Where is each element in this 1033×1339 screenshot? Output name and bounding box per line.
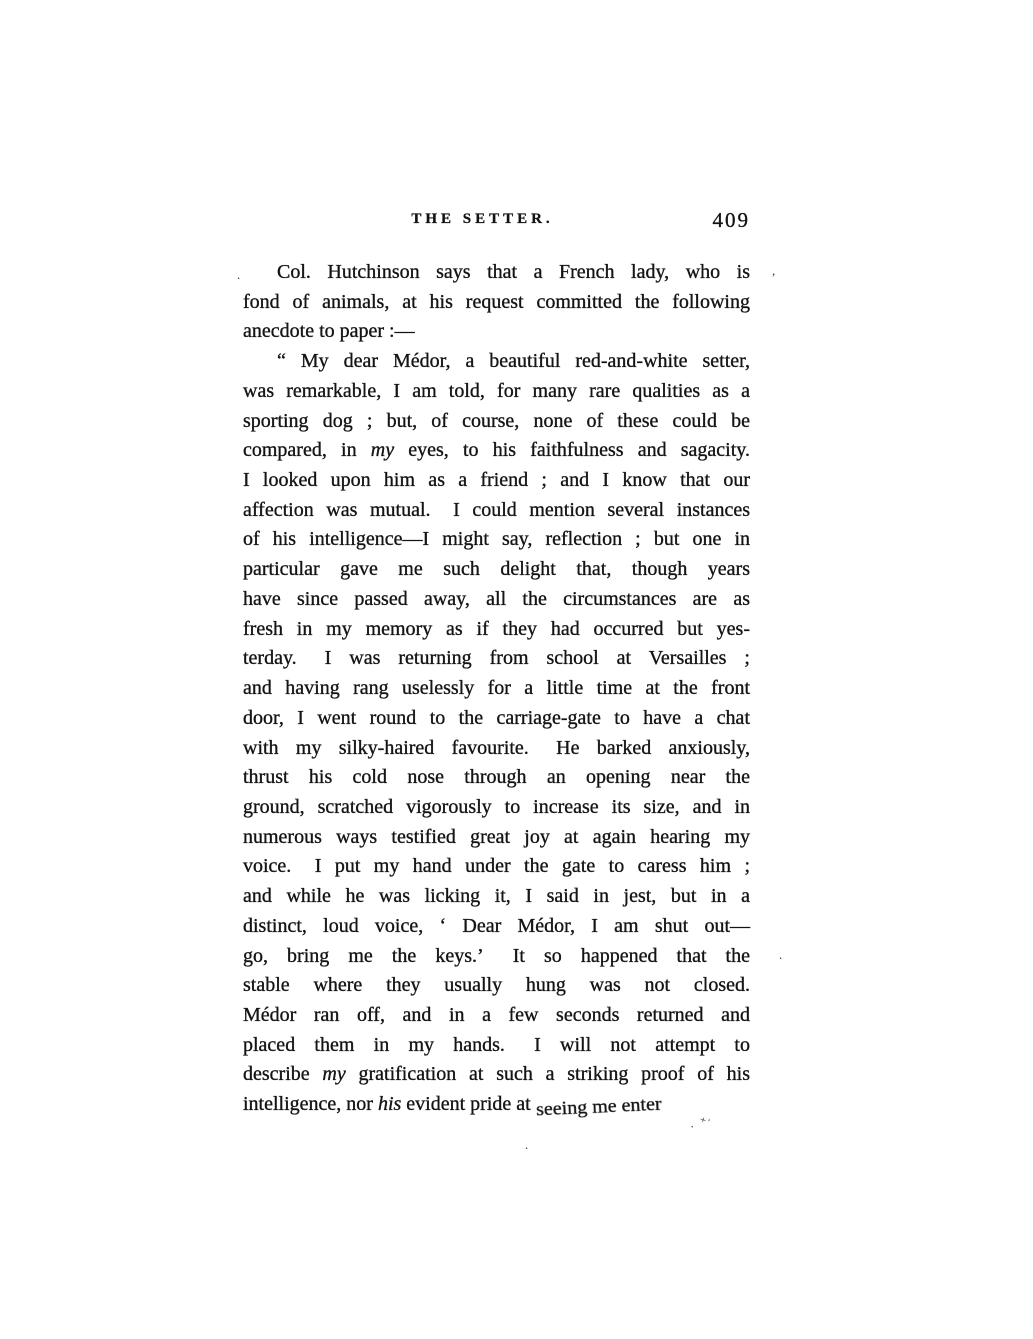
text-run: gratification at such a striking proof o… xyxy=(346,1063,750,1085)
text-line: door, I went round to the carriage-gate … xyxy=(243,704,750,734)
text-line: fond of animals, at his request committe… xyxy=(243,288,750,318)
text-line: terday. I was returning from school at V… xyxy=(243,644,750,674)
text-run: placed them in my hands. I will not atte… xyxy=(243,1034,750,1056)
text-run: terday. I was returning from school at V… xyxy=(243,647,750,669)
text-line: Médor ran off, and in a few seconds retu… xyxy=(243,1001,750,1031)
text-line: Col. Hutchinson says that a French lady,… xyxy=(243,258,750,288)
book-page: THE SETTER. 409 Col. Hutchinson says tha… xyxy=(0,0,1033,1339)
text-run: I looked upon him as a friend ; and I kn… xyxy=(243,469,750,491)
page-number: 409 xyxy=(713,208,751,233)
text-line: with my silky-haired favourite. He barke… xyxy=(243,734,750,764)
warped-text-run: seeing me enter xyxy=(535,1091,662,1125)
text-run: affection was mutual. I could mention se… xyxy=(243,499,750,521)
page-body: Col. Hutchinson says that a French lady,… xyxy=(243,258,750,1120)
text-line: fresh in my memory as if they had occurr… xyxy=(243,615,750,645)
text-line: and having rang uselessly for a little t… xyxy=(243,674,750,704)
scan-artifact: . xyxy=(525,1138,528,1151)
text-run: fresh in my memory as if they had occurr… xyxy=(243,618,750,640)
text-run: distinct, loud voice, ‘ Dear Médor, I am… xyxy=(243,915,750,937)
text-line: ground, scratched vigorously to increase… xyxy=(243,793,750,823)
text-line: placed them in my hands. I will not atte… xyxy=(243,1031,750,1061)
text-line: “ My dear Médor, a beautiful red-and-whi… xyxy=(243,347,750,377)
italic-text-run: his xyxy=(378,1093,401,1115)
text-line: was remarkable, I am told, for many rare… xyxy=(243,377,750,407)
text-run: go, bring me the keys.’ It so happened t… xyxy=(243,945,750,967)
text-run: was remarkable, I am told, for many rare… xyxy=(243,380,750,402)
text-line: I looked upon him as a friend ; and I kn… xyxy=(243,466,750,496)
scan-artifact: . xyxy=(779,948,782,961)
text-run: of his intelligence—I might say, reflect… xyxy=(243,528,750,550)
text-run: “ My dear Médor, a beautiful red-and-whi… xyxy=(277,350,750,372)
text-run: particular gave me such delight that, th… xyxy=(243,558,750,580)
text-line: anecdote to paper :— xyxy=(243,317,750,347)
text-run: fond of animals, at his request committe… xyxy=(243,291,750,313)
text-run: sporting dog ; but, of course, none of t… xyxy=(243,410,750,432)
text-run: anecdote to paper :— xyxy=(243,320,415,342)
running-title: THE SETTER. xyxy=(229,211,736,228)
text-run: evident pride at xyxy=(401,1093,535,1115)
text-line: and while he was licking it, I said in j… xyxy=(243,882,750,912)
text-run: describe xyxy=(243,1063,322,1085)
text-line: distinct, loud voice, ‘ Dear Médor, I am… xyxy=(243,912,750,942)
text-line: sporting dog ; but, of course, none of t… xyxy=(243,407,750,437)
text-run: door, I went round to the carriage-gate … xyxy=(243,707,750,729)
text-run: and while he was licking it, I said in j… xyxy=(243,885,750,907)
text-run: Col. Hutchinson says that a French lady,… xyxy=(277,261,750,283)
text-line: have since passed away, all the circumst… xyxy=(243,585,750,615)
text-run: ground, scratched vigorously to increase… xyxy=(243,796,750,818)
text-line: of his intelligence—I might say, reflect… xyxy=(243,525,750,555)
text-run: with my silky-haired favourite. He barke… xyxy=(243,737,750,759)
scan-artifact: · xyxy=(690,1120,694,1133)
italic-text-run: my xyxy=(322,1063,345,1085)
text-line: affection was mutual. I could mention se… xyxy=(243,496,750,526)
text-run: thrust his cold nose through an opening … xyxy=(243,766,750,788)
scan-artifact: . xyxy=(237,268,240,281)
text-run: compared, in xyxy=(243,439,371,461)
text-line: describe my gratification at such a stri… xyxy=(243,1060,750,1090)
text-line: stable where they usually hung was not c… xyxy=(243,971,750,1001)
italic-text-run: my xyxy=(371,439,394,461)
text-run: intelligence, nor xyxy=(243,1093,378,1115)
text-run: voice. I put my hand under the gate to c… xyxy=(243,855,750,877)
text-run: stable where they usually hung was not c… xyxy=(243,974,750,996)
text-line: particular gave me such delight that, th… xyxy=(243,555,750,585)
page-header: THE SETTER. 409 xyxy=(243,211,750,237)
text-run: Médor ran off, and in a few seconds retu… xyxy=(243,1004,750,1026)
text-run: have since passed away, all the circumst… xyxy=(243,588,750,610)
text-line: go, bring me the keys.’ It so happened t… xyxy=(243,942,750,972)
text-run: and having rang uselessly for a little t… xyxy=(243,677,750,699)
text-line: numerous ways testified great joy at aga… xyxy=(243,823,750,853)
text-run: eyes, to his faithfulness and sagacity. xyxy=(394,439,750,461)
scan-artifact: , xyxy=(772,264,775,277)
text-line: voice. I put my hand under the gate to c… xyxy=(243,852,750,882)
text-line: intelligence, nor his evident pride at s… xyxy=(243,1090,750,1120)
text-line: compared, in my eyes, to his faithfulnes… xyxy=(243,436,750,466)
text-line: thrust his cold nose through an opening … xyxy=(243,763,750,793)
text-run: numerous ways testified great joy at aga… xyxy=(243,826,750,848)
